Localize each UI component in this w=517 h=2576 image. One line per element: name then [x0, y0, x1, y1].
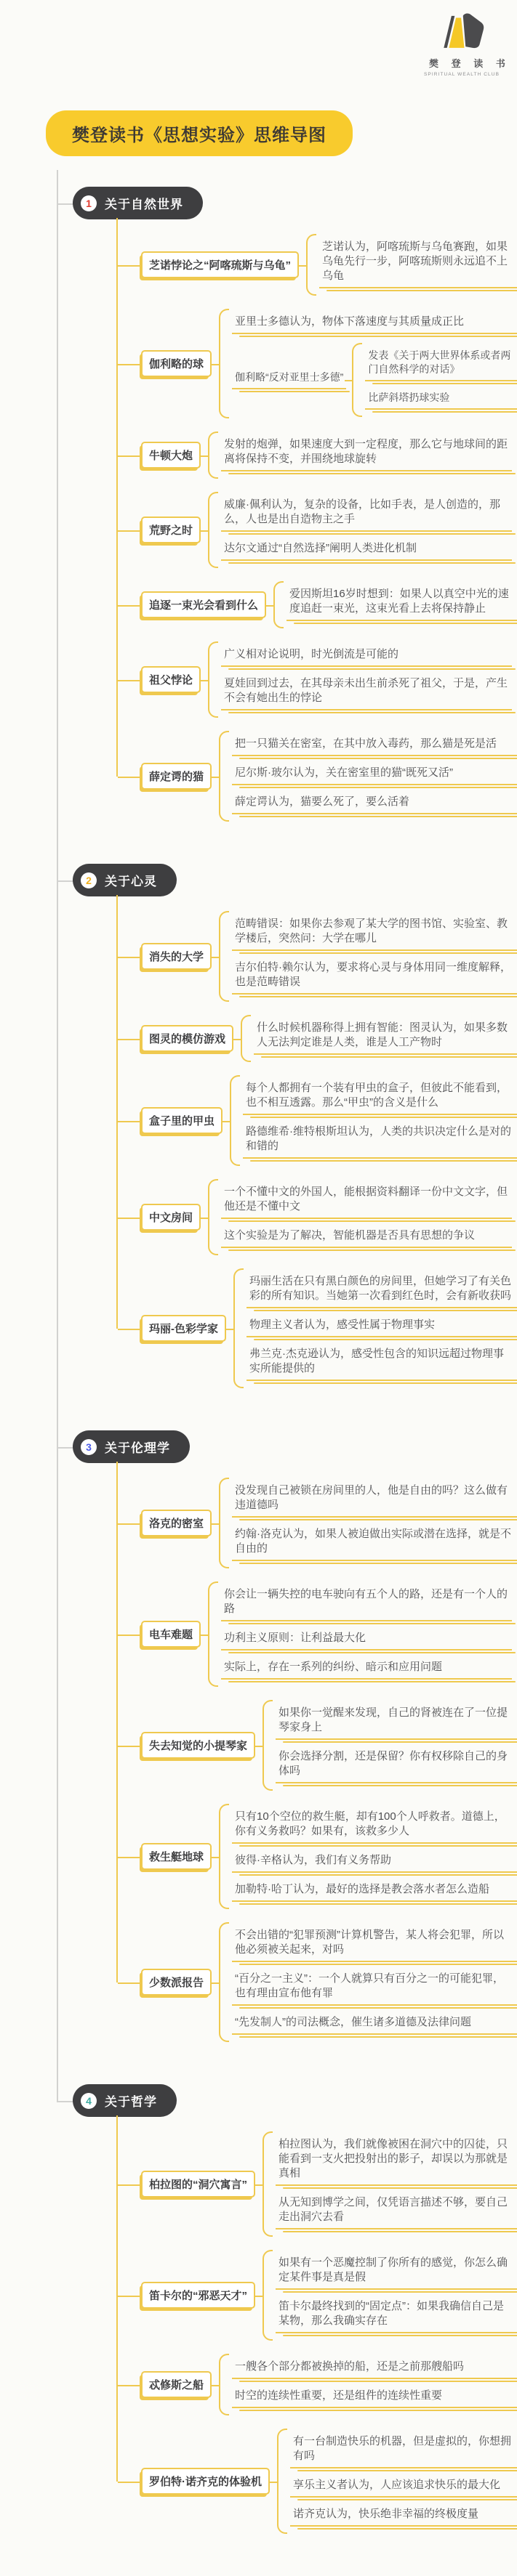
leaf-node: 笛卡尔最终找到的“固定点”：如果我确信自己是某物，那么我确实存在: [276, 2297, 517, 2333]
leaf-node: 不会出错的“犯罪预测”计算机警告，某人将会犯罪，所以他必须被关起来，对吗: [232, 1926, 517, 1962]
leaf-node: 功利主义原则：让利益最大化: [221, 1629, 512, 1650]
leaf-node: 柏拉图认为，我们就像被困在洞穴中的囚徒，只能看到一支火把投射出的影子，却误以为那…: [276, 2135, 517, 2186]
leaf-node: 如果你一觉醒来发现，自己的肾被连在了一位提琴家身上: [276, 1704, 517, 1740]
book-icon: [435, 10, 489, 52]
leaf-node: 把一只猫关在密室，在其中放入毒药，那么猫是死是活: [232, 734, 517, 756]
leaf-node: 芝诺认为，阿喀琉斯与乌龟赛跑，如果乌龟先行一步，阿喀琉斯则永远追不上乌龟: [319, 238, 517, 288]
leaf-node: 如果有一个恶魔控制了你所有的感觉，你怎么确定某件事是真是假: [276, 2253, 517, 2290]
topic-leaves: 如果有一个恶魔控制了你所有的感觉，你怎么确定某件事是真是假笛卡尔最终找到的“固定…: [274, 2248, 517, 2342]
leaf-node: 爱因斯坦16岁时想到：如果人以真空中光的速度追赶一束光，这束光看上去将保持静止: [286, 585, 517, 621]
leaf-node: 时空的连续性重要，还是组件的连续性重要: [232, 2386, 517, 2408]
topic-box: 柏拉图的“洞穴寓言”: [141, 2171, 255, 2198]
leaf-node: 伽利略“反对亚里士多德”: [232, 368, 346, 389]
leaf-node: 一艘各个部分都被换掉的船，还是之前那艘船吗: [232, 2357, 517, 2379]
brand-name: 樊 登 读 书: [424, 56, 500, 70]
topic-row: 洛克的密室没发现自己被锁在房间里的人，他是自由的吗？这么做有违道德吗约翰·洛克认…: [116, 1476, 517, 1570]
topic-inner: 荒野之时威廉·佩利认为，复杂的设备，比如手表，是人创造的，那么，人也是出自造物主…: [141, 490, 517, 570]
topic-inner: 中文房间一个不懂中文的外国人，能根据资料翻译一份中文文字，但他还是不懂中文这个实…: [141, 1178, 517, 1257]
topic-row: 芝诺悖论之“阿喀琉斯与乌龟”芝诺认为，阿喀琉斯与乌龟赛跑，如果乌龟先行一步，阿喀…: [116, 232, 517, 297]
leaf-node: 夏娃回到过去，在其母亲未出生前杀死了祖父，于是，产生不会有她出生的悖论: [221, 674, 512, 710]
topic-inner: 失去知觉的小提琴家如果你一觉醒来发现，自己的肾被连在了一位提琴家身上你会选择分割…: [141, 1698, 517, 1792]
branch-number-badge: 3: [81, 1439, 97, 1455]
topic-leaves: 亚里士多德认为，物体下落速度与其质量成正比伽利略“反对亚里士多德”发表《关于两大…: [231, 307, 517, 420]
topic-inner: 忒修斯之船一艘各个部分都被换掉的船，还是之前那艘船吗时空的连续性重要，还是组件的…: [141, 2352, 517, 2417]
topic-box: 追逐一束光会看到什么: [141, 591, 266, 618]
topic-row: 忒修斯之船一艘各个部分都被换掉的船，还是之前那艘船吗时空的连续性重要，还是组件的…: [116, 2352, 517, 2417]
topic-inner: 玛丽-色彩学家玛丽生活在只有黑白颜色的房间里，但她学习了有关色彩的所有知识。当她…: [141, 1267, 517, 1390]
leaf-node: 没发现自己被锁在房间里的人，他是自由的吗？这么做有违道德吗: [232, 1481, 517, 1518]
topic-box: 伽利略的球: [141, 350, 212, 377]
branch-header: 4关于哲学: [73, 2084, 177, 2117]
topic-leaves: 每个人都拥有一个装有甲虫的盒子，但彼此不能看到，也不相互透露。那么“甲虫”的含义…: [241, 1074, 517, 1167]
topic-leaves: 只有10个空位的救生艇，却有100个人呼救者。道德上，你有义务救吗？如果有，该救…: [231, 1802, 517, 1911]
leaf-node: 彼得·辛格认为，我们有义务帮助: [232, 1851, 517, 1873]
topic-inner: 柏拉图的“洞穴寓言”柏拉图认为，我们就像被困在洞穴中的囚徒，只能看到一支火把投射…: [141, 2130, 517, 2238]
branch-body: 芝诺悖论之“阿喀琉斯与乌龟”芝诺认为，阿喀琉斯与乌龟赛跑，如果乌龟先行一步，阿喀…: [116, 219, 517, 823]
brand-tagline: SPIRITUAL WEALTH CLUB: [424, 72, 500, 77]
branch-body: 消失的大学范畴错误：如果你去参观了某大学的图书馆、实验室、教学楼后，突然问：大学…: [116, 896, 517, 1390]
topic-inner: 图灵的模仿游戏什么时候机器称得上拥有智能：图灵认为，如果多数人无法判定谁是人类，…: [141, 1013, 517, 1064]
topic-row: 失去知觉的小提琴家如果你一觉醒来发现，自己的肾被连在了一位提琴家身上你会选择分割…: [116, 1698, 517, 1792]
branch-number-badge: 2: [81, 872, 97, 888]
topic-row: 少数派报告不会出错的“犯罪预测”计算机警告，某人将会犯罪，所以他必须被关起来，对…: [116, 1921, 517, 2044]
topic-row: 玛丽-色彩学家玛丽生活在只有黑白颜色的房间里，但她学习了有关色彩的所有知识。当她…: [116, 1267, 517, 1390]
branch-header: 3关于伦理学: [73, 1430, 190, 1463]
topic-inner: 洛克的密室没发现自己被锁在房间里的人，他是自由的吗？这么做有违道德吗约翰·洛克认…: [141, 1476, 517, 1570]
leaf-node: 物理主义者认为，感受性属于物理事实: [247, 1316, 517, 1337]
leaf-node: 什么时候机器称得上拥有智能：图灵认为，如果多数人无法判定谁是人类，谁是人工产物时: [254, 1018, 517, 1055]
topic-box: 消失的大学: [141, 943, 212, 970]
leaf-node: 这个实验是为了解决，智能机器是否具有思想的争议: [221, 1226, 512, 1248]
leaf-group: 伽利略“反对亚里士多德”发表《关于两大世界体系或者两门自然科学的对话》比萨斜塔扔…: [232, 341, 517, 418]
topic-inner: 消失的大学范畴错误：如果你去参观了某大学的图书馆、实验室、教学楼后，突然问：大学…: [141, 910, 517, 1003]
branch-number-badge: 1: [81, 195, 97, 211]
branch-body: 柏拉图的“洞穴寓言”柏拉图认为，我们就像被困在洞穴中的囚徒，只能看到一支火把投射…: [116, 2117, 517, 2535]
leaf-node: 只有10个空位的救生艇，却有100个人呼救者。道德上，你有义务救吗？如果有，该救…: [232, 1807, 517, 1844]
topic-leaves: 一艘各个部分都被换掉的船，还是之前那艘船吗时空的连续性重要，还是组件的连续性重要: [231, 2352, 517, 2417]
topic-box: 罗伯特·诺齐克的体验机: [141, 2468, 270, 2495]
branch-3: 3关于伦理学洛克的密室没发现自己被锁在房间里的人，他是自由的吗？这么做有违道德吗…: [73, 1430, 517, 2044]
leaf-node: 路德维希·维特根斯坦认为，人类的共识决定什么是对的和错的: [243, 1122, 517, 1159]
topic-box: 笛卡尔的“邪恶天才”: [141, 2282, 255, 2309]
leaf-node: 享乐主义者认为，人应该追求快乐的最大化: [290, 2476, 517, 2498]
branch-label: 关于伦理学: [105, 1438, 170, 1456]
topic-box: 电车难题: [141, 1621, 201, 1648]
topic-box: 荒野之时: [141, 517, 201, 543]
leaf-node: 广义相对论说明，时光倒流是可能的: [221, 645, 512, 667]
topic-box: 图灵的模仿游戏: [141, 1025, 233, 1052]
topic-box: 救生艇地球: [141, 1843, 212, 1870]
leaf-node: 弗兰克·杰克逊认为，感受性包含的知识远超过物理事实所能提供的: [247, 1345, 517, 1381]
leaf-node: 范畴错误：如果你去参观了某大学的图书馆、实验室、教学楼后，突然问：大学在哪儿: [232, 915, 517, 951]
topic-inner: 薛定谔的猫把一只猫关在密室，在其中放入毒药，那么猫是死是活尼尔斯·玻尔认为，关在…: [141, 729, 517, 823]
leaf-node: 诺齐克认为，快乐绝非幸福的终极度量: [290, 2505, 517, 2527]
branch-2: 2关于心灵消失的大学范畴错误：如果你去参观了某大学的图书馆、实验室、教学楼后，突…: [73, 864, 517, 1390]
topic-row: 追逐一束光会看到什么爱因斯坦16岁时想到：如果人以真空中光的速度追赶一束光，这束…: [116, 580, 517, 630]
leaf-node: 有一台制造快乐的机器，但是虚拟的，你想拥有吗: [290, 2432, 517, 2468]
topic-box: 盒子里的甲虫: [141, 1107, 223, 1134]
leaf-node: 实际上，存在一系列的纠纷、暗示和应用问题: [221, 1658, 512, 1680]
topic-box: 失去知觉的小提琴家: [141, 1732, 255, 1759]
topic-inner: 盒子里的甲虫每个人都拥有一个装有甲虫的盒子，但彼此不能看到，也不相互透露。那么“…: [141, 1074, 517, 1167]
branch-header: 2关于心灵: [73, 864, 177, 896]
topic-row: 中文房间一个不懂中文的外国人，能根据资料翻译一份中文文字，但他还是不懂中文这个实…: [116, 1178, 517, 1257]
topic-inner: 罗伯特·诺齐克的体验机有一台制造快乐的机器，但是虚拟的，你想拥有吗享乐主义者认为…: [141, 2427, 517, 2535]
leaf-node: 吉尔伯特·赖尔认为，要求将心灵与身体用同一维度解释，也是范畴错误: [232, 958, 517, 995]
page-title: 樊登读书《思想实验》思维导图: [46, 110, 353, 156]
topic-box: 中文房间: [141, 1204, 201, 1231]
leaf-node: 薛定谔认为，猫要么死了，要么活着: [232, 793, 517, 814]
branch-number-badge: 4: [81, 2093, 97, 2109]
topic-leaves: 发射的炮弹，如果速度大到一定程度，那么它与地球间的距离将保持不变，并围绕地球旋转: [220, 430, 512, 480]
branch-label: 关于心灵: [105, 871, 157, 889]
leaf-node: 达尔文通过“自然选择”阐明人类进化机制: [221, 539, 512, 561]
leaf-node: 约翰·洛克认为，如果人被迫做出实际或潜在选择，就是不自由的: [232, 1525, 517, 1561]
topic-row: 图灵的模仿游戏什么时候机器称得上拥有智能：图灵认为，如果多数人无法判定谁是人类，…: [116, 1013, 517, 1064]
branch-header: 1关于自然世界: [73, 187, 203, 219]
branch-1: 1关于自然世界芝诺悖论之“阿喀琉斯与乌龟”芝诺认为，阿喀琉斯与乌龟赛跑，如果乌龟…: [73, 187, 517, 823]
topic-leaves: 把一只猫关在密室，在其中放入毒药，那么猫是死是活尼尔斯·玻尔认为，关在密室里的猫…: [231, 729, 517, 823]
leaf-node: 亚里士多德认为，物体下落速度与其质量成正比: [232, 312, 517, 334]
topic-box: 少数派报告: [141, 1969, 212, 1996]
topic-box: 牛顿大炮: [141, 442, 201, 469]
leaf-node: 加勒特·哈丁认为，最好的选择是教会落水者怎么造船: [232, 1880, 517, 1902]
topic-inner: 伽利略的球亚里士多德认为，物体下落速度与其质量成正比伽利略“反对亚里士多德”发表…: [141, 307, 517, 420]
topic-row: 救生艇地球只有10个空位的救生艇，却有100个人呼救者。道德上，你有义务救吗？如…: [116, 1802, 517, 1911]
topic-box: 忒修斯之船: [141, 2371, 212, 2398]
brand-logo: 樊 登 读 书 SPIRITUAL WEALTH CLUB: [424, 10, 500, 77]
topic-box: 芝诺悖论之“阿喀琉斯与乌龟”: [141, 251, 299, 278]
topic-leaves: 如果你一觉醒来发现，自己的肾被连在了一位提琴家身上你会选择分割，还是保留？你有权…: [274, 1698, 517, 1792]
leaf-node: “先发制人”的司法概念，催生诸多道德及法律问题: [232, 2013, 517, 2035]
topic-leaves: 威廉·佩利认为，复杂的设备，比如手表，是人创造的，那么，人也是出自造物主之手达尔…: [220, 490, 512, 570]
leaf-node: 尼尔斯·玻尔认为，关在密室里的猫“既死又活”: [232, 764, 517, 785]
topic-inner: 祖父悖论广义相对论说明，时光倒流是可能的夏娃回到过去，在其母亲未出生前杀死了祖父…: [141, 640, 517, 719]
topic-row: 牛顿大炮发射的炮弹，如果速度大到一定程度，那么它与地球间的距离将保持不变，并围绕…: [116, 430, 517, 480]
topic-leaves: 你会让一辆失控的电车驶向有五个人的路，还是有一个人的路功利主义原则：让利益最大化…: [220, 1580, 512, 1688]
topic-row: 柏拉图的“洞穴寓言”柏拉图认为，我们就像被困在洞穴中的囚徒，只能看到一支火把投射…: [116, 2130, 517, 2238]
branch-label: 关于哲学: [105, 2091, 157, 2110]
topic-leaves: 范畴错误：如果你去参观了某大学的图书馆、实验室、教学楼后，突然问：大学在哪儿吉尔…: [231, 910, 517, 1003]
topic-leaves: 广义相对论说明，时光倒流是可能的夏娃回到过去，在其母亲未出生前杀死了祖父，于是，…: [220, 640, 512, 719]
topic-leaves: 什么时候机器称得上拥有智能：图灵认为，如果多数人无法判定谁是人类，谁是人工产物时: [252, 1013, 517, 1064]
topic-inner: 芝诺悖论之“阿喀琉斯与乌龟”芝诺认为，阿喀琉斯与乌龟赛跑，如果乌龟先行一步，阿喀…: [141, 232, 517, 297]
child-leaf: 发表《关于两大世界体系或者两门自然科学的对话》: [365, 347, 517, 381]
topic-row: 盒子里的甲虫每个人都拥有一个装有甲虫的盒子，但彼此不能看到，也不相互透露。那么“…: [116, 1074, 517, 1167]
trunk-line: [57, 170, 58, 2101]
branch-body: 洛克的密室没发现自己被锁在房间里的人，他是自由的吗？这么做有违道德吗约翰·洛克认…: [116, 1463, 517, 2044]
leaf-node: 玛丽生活在只有黑白颜色的房间里，但她学习了有关色彩的所有知识。当她第一次看到红色…: [247, 1272, 517, 1308]
topic-row: 电车难题你会让一辆失控的电车驶向有五个人的路，还是有一个人的路功利主义原则：让利…: [116, 1580, 517, 1688]
topic-box: 玛丽-色彩学家: [141, 1315, 226, 1342]
child-leaf: 比萨斜塔扔球实验: [365, 389, 517, 410]
leaf-node: 发射的炮弹，如果速度大到一定程度，那么它与地球间的距离将保持不变，并围绕地球旋转: [221, 435, 512, 471]
leaf-children: 发表《关于两大世界体系或者两门自然科学的对话》比萨斜塔扔球实验: [364, 341, 517, 418]
mindmap-page: 樊 登 读 书 SPIRITUAL WEALTH CLUB 樊登读书《思想实验》…: [0, 0, 517, 2576]
leaf-node: “百分之一主义”：一个人就算只有百分之一的可能犯罪，也有理由宣布他有罪: [232, 1969, 517, 2006]
mindmap-tree: 1关于自然世界芝诺悖论之“阿喀琉斯与乌龟”芝诺认为，阿喀琉斯与乌龟赛跑，如果乌龟…: [73, 187, 517, 2535]
topic-row: 祖父悖论广义相对论说明，时光倒流是可能的夏娃回到过去，在其母亲未出生前杀死了祖父…: [116, 640, 517, 719]
branch-4: 4关于哲学柏拉图的“洞穴寓言”柏拉图认为，我们就像被困在洞穴中的囚徒，只能看到一…: [73, 2084, 517, 2535]
topic-box: 洛克的密室: [141, 1510, 212, 1536]
topic-row: 消失的大学范畴错误：如果你去参观了某大学的图书馆、实验室、教学楼后，突然问：大学…: [116, 910, 517, 1003]
topic-box: 薛定谔的猫: [141, 763, 212, 790]
leaf-node: 你会选择分割，还是保留？你有权移除自己的身体吗: [276, 1747, 517, 1783]
topic-inner: 电车难题你会让一辆失控的电车驶向有五个人的路，还是有一个人的路功利主义原则：让利…: [141, 1580, 517, 1688]
topic-row: 伽利略的球亚里士多德认为，物体下落速度与其质量成正比伽利略“反对亚里士多德”发表…: [116, 307, 517, 420]
topic-leaves: 芝诺认为，阿喀琉斯与乌龟赛跑，如果乌龟先行一步，阿喀琉斯则永远追不上乌龟: [318, 232, 517, 297]
topic-leaves: 爱因斯坦16岁时想到：如果人以真空中光的速度追赶一束光，这束光看上去将保持静止: [285, 580, 517, 630]
topic-inner: 追逐一束光会看到什么爱因斯坦16岁时想到：如果人以真空中光的速度追赶一束光，这束…: [141, 580, 517, 630]
topic-leaves: 有一台制造快乐的机器，但是虚拟的，你想拥有吗享乐主义者认为，人应该追求快乐的最大…: [289, 2427, 517, 2535]
topic-leaves: 没发现自己被锁在房间里的人，他是自由的吗？这么做有违道德吗约翰·洛克认为，如果人…: [231, 1476, 517, 1570]
leaf-node: 一个不懂中文的外国人，能根据资料翻译一份中文文字，但他还是不懂中文: [221, 1183, 512, 1219]
leaf-node: 每个人都拥有一个装有甲虫的盒子，但彼此不能看到，也不相互透露。那么“甲虫”的含义…: [243, 1079, 517, 1115]
topic-leaves: 玛丽生活在只有黑白颜色的房间里，但她学习了有关色彩的所有知识。当她第一次看到红色…: [245, 1267, 517, 1390]
topic-row: 薛定谔的猫把一只猫关在密室，在其中放入毒药，那么猫是死是活尼尔斯·玻尔认为，关在…: [116, 729, 517, 823]
leaf-node: 威廉·佩利认为，复杂的设备，比如手表，是人创造的，那么，人也是出自造物主之手: [221, 495, 512, 532]
leaf-node: 从无知到博学之间，仅凭语言描述不够，要自己走出洞穴去看: [276, 2193, 517, 2229]
topic-inner: 救生艇地球只有10个空位的救生艇，却有100个人呼救者。道德上，你有义务救吗？如…: [141, 1802, 517, 1911]
topic-leaves: 不会出错的“犯罪预测”计算机警告，某人将会犯罪，所以他必须被关起来，对吗“百分之…: [231, 1921, 517, 2044]
topic-row: 罗伯特·诺齐克的体验机有一台制造快乐的机器，但是虚拟的，你想拥有吗享乐主义者认为…: [116, 2427, 517, 2535]
branch-label: 关于自然世界: [105, 194, 183, 212]
topic-row: 笛卡尔的“邪恶天才”如果有一个恶魔控制了你所有的感觉，你怎么确定某件事是真是假笛…: [116, 2248, 517, 2342]
topic-inner: 笛卡尔的“邪恶天才”如果有一个恶魔控制了你所有的感觉，你怎么确定某件事是真是假笛…: [141, 2248, 517, 2342]
topic-leaves: 一个不懂中文的外国人，能根据资料翻译一份中文文字，但他还是不懂中文这个实验是为了…: [220, 1178, 512, 1257]
topic-box: 祖父悖论: [141, 666, 201, 693]
leaf-node: 你会让一辆失控的电车驶向有五个人的路，还是有一个人的路: [221, 1585, 512, 1621]
topic-inner: 牛顿大炮发射的炮弹，如果速度大到一定程度，那么它与地球间的距离将保持不变，并围绕…: [141, 430, 517, 480]
topic-row: 荒野之时威廉·佩利认为，复杂的设备，比如手表，是人创造的，那么，人也是出自造物主…: [116, 490, 517, 570]
topic-inner: 少数派报告不会出错的“犯罪预测”计算机警告，某人将会犯罪，所以他必须被关起来，对…: [141, 1921, 517, 2044]
topic-leaves: 柏拉图认为，我们就像被困在洞穴中的囚徒，只能看到一支火把投射出的影子，却误以为那…: [274, 2130, 517, 2238]
